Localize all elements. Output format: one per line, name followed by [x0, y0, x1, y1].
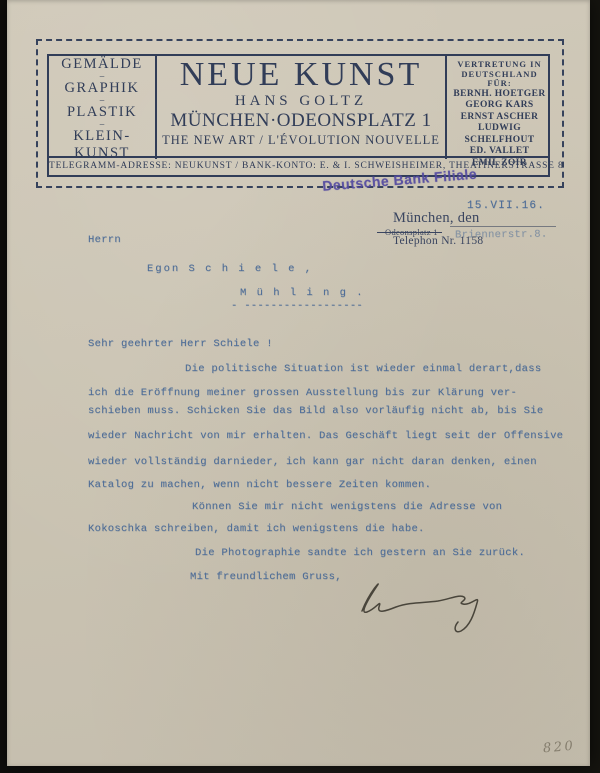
body-line: ich die Eröffnung meiner grossen Ausstel… [88, 387, 517, 399]
letterhead: GEMÄLDE – GRAPHIK – PLASTIK – KLEIN- KUN… [47, 54, 550, 177]
gallery-title: NEUE KUNST [157, 57, 445, 93]
body-line: Die politische Situation ist wieder einm… [185, 363, 541, 375]
date-underline [450, 226, 556, 227]
signature-stroke [350, 573, 490, 638]
category-separator: – [100, 73, 105, 79]
body-line: Die Photographie sandte ich gestern an S… [195, 547, 525, 559]
category-separator: – [100, 97, 105, 103]
artist-name: LUDWIG [447, 123, 552, 135]
representation-header-line: FÜR: [447, 79, 552, 89]
body-line: Können Sie mir nicht wenigstens die Adre… [192, 501, 502, 513]
phone-number: Telephon Nr. 1158 [393, 235, 483, 247]
body-line: Katalog zu machen, wenn nicht bessere Ze… [88, 479, 431, 491]
body-line: schieben muss. Schicken Sie das Bild als… [88, 405, 543, 417]
category-graphik: GRAPHIK [65, 80, 140, 96]
scan-background: GEMÄLDE – GRAPHIK – PLASTIK – KLEIN- KUN… [0, 0, 600, 773]
strike-line [377, 232, 442, 233]
handwritten-signature [350, 573, 490, 643]
recipient-dash-underline: - ------------------ [231, 300, 363, 312]
letterhead-center: NEUE KUNST HANS GOLTZ MÜNCHEN·ODEONSPLAT… [157, 56, 445, 159]
category-separator: – [100, 121, 105, 127]
body-line: Kokoschka schreiben, damit ich wenigsten… [88, 523, 425, 535]
artist-name: ERNST ASCHER [447, 112, 552, 124]
artist-name: BERNH. HOETGER [447, 89, 552, 101]
artist-name: SCHELFHOUT [447, 135, 552, 147]
category-kleinkunst-1: KLEIN- [73, 128, 130, 144]
recipient-salutation: Herrn [88, 234, 121, 246]
pencil-inventory-note: 820 [542, 739, 576, 757]
artist-name: GEORG KARS [447, 100, 552, 112]
letterhead-representation: VERTRETUNG IN DEUTSCHLAND FÜR: BERNH. HO… [445, 56, 552, 159]
gallery-address: MÜNCHEN·ODEONSPLATZ 1 [157, 110, 445, 132]
gallery-owner: HANS GOLTZ [157, 93, 445, 110]
recipient-name: Egon S c h i e l e , [147, 263, 313, 275]
category-gemaelde: GEMÄLDE [61, 56, 142, 72]
category-plastik: PLASTIK [67, 104, 137, 120]
printed-city-label: München, den [393, 210, 480, 227]
recipient-place: M ü h l i n g . [240, 287, 365, 299]
letterhead-categories: GEMÄLDE – GRAPHIK – PLASTIK – KLEIN- KUN… [49, 56, 157, 159]
gallery-tagline: THE NEW ART / L'ÉVOLUTION NOUVELLE [157, 132, 445, 148]
body-line: wieder vollständig darnieder, ich kann g… [88, 456, 537, 468]
body-line-closing: Mit freundlichem Gruss, [190, 571, 342, 583]
body-line-greeting: Sehr geehrter Herr Schiele ! [88, 338, 273, 350]
body-line: wieder Nachricht von mir erhalten. Das G… [88, 430, 563, 442]
letter-paper: GEMÄLDE – GRAPHIK – PLASTIK – KLEIN- KUN… [7, 0, 590, 766]
